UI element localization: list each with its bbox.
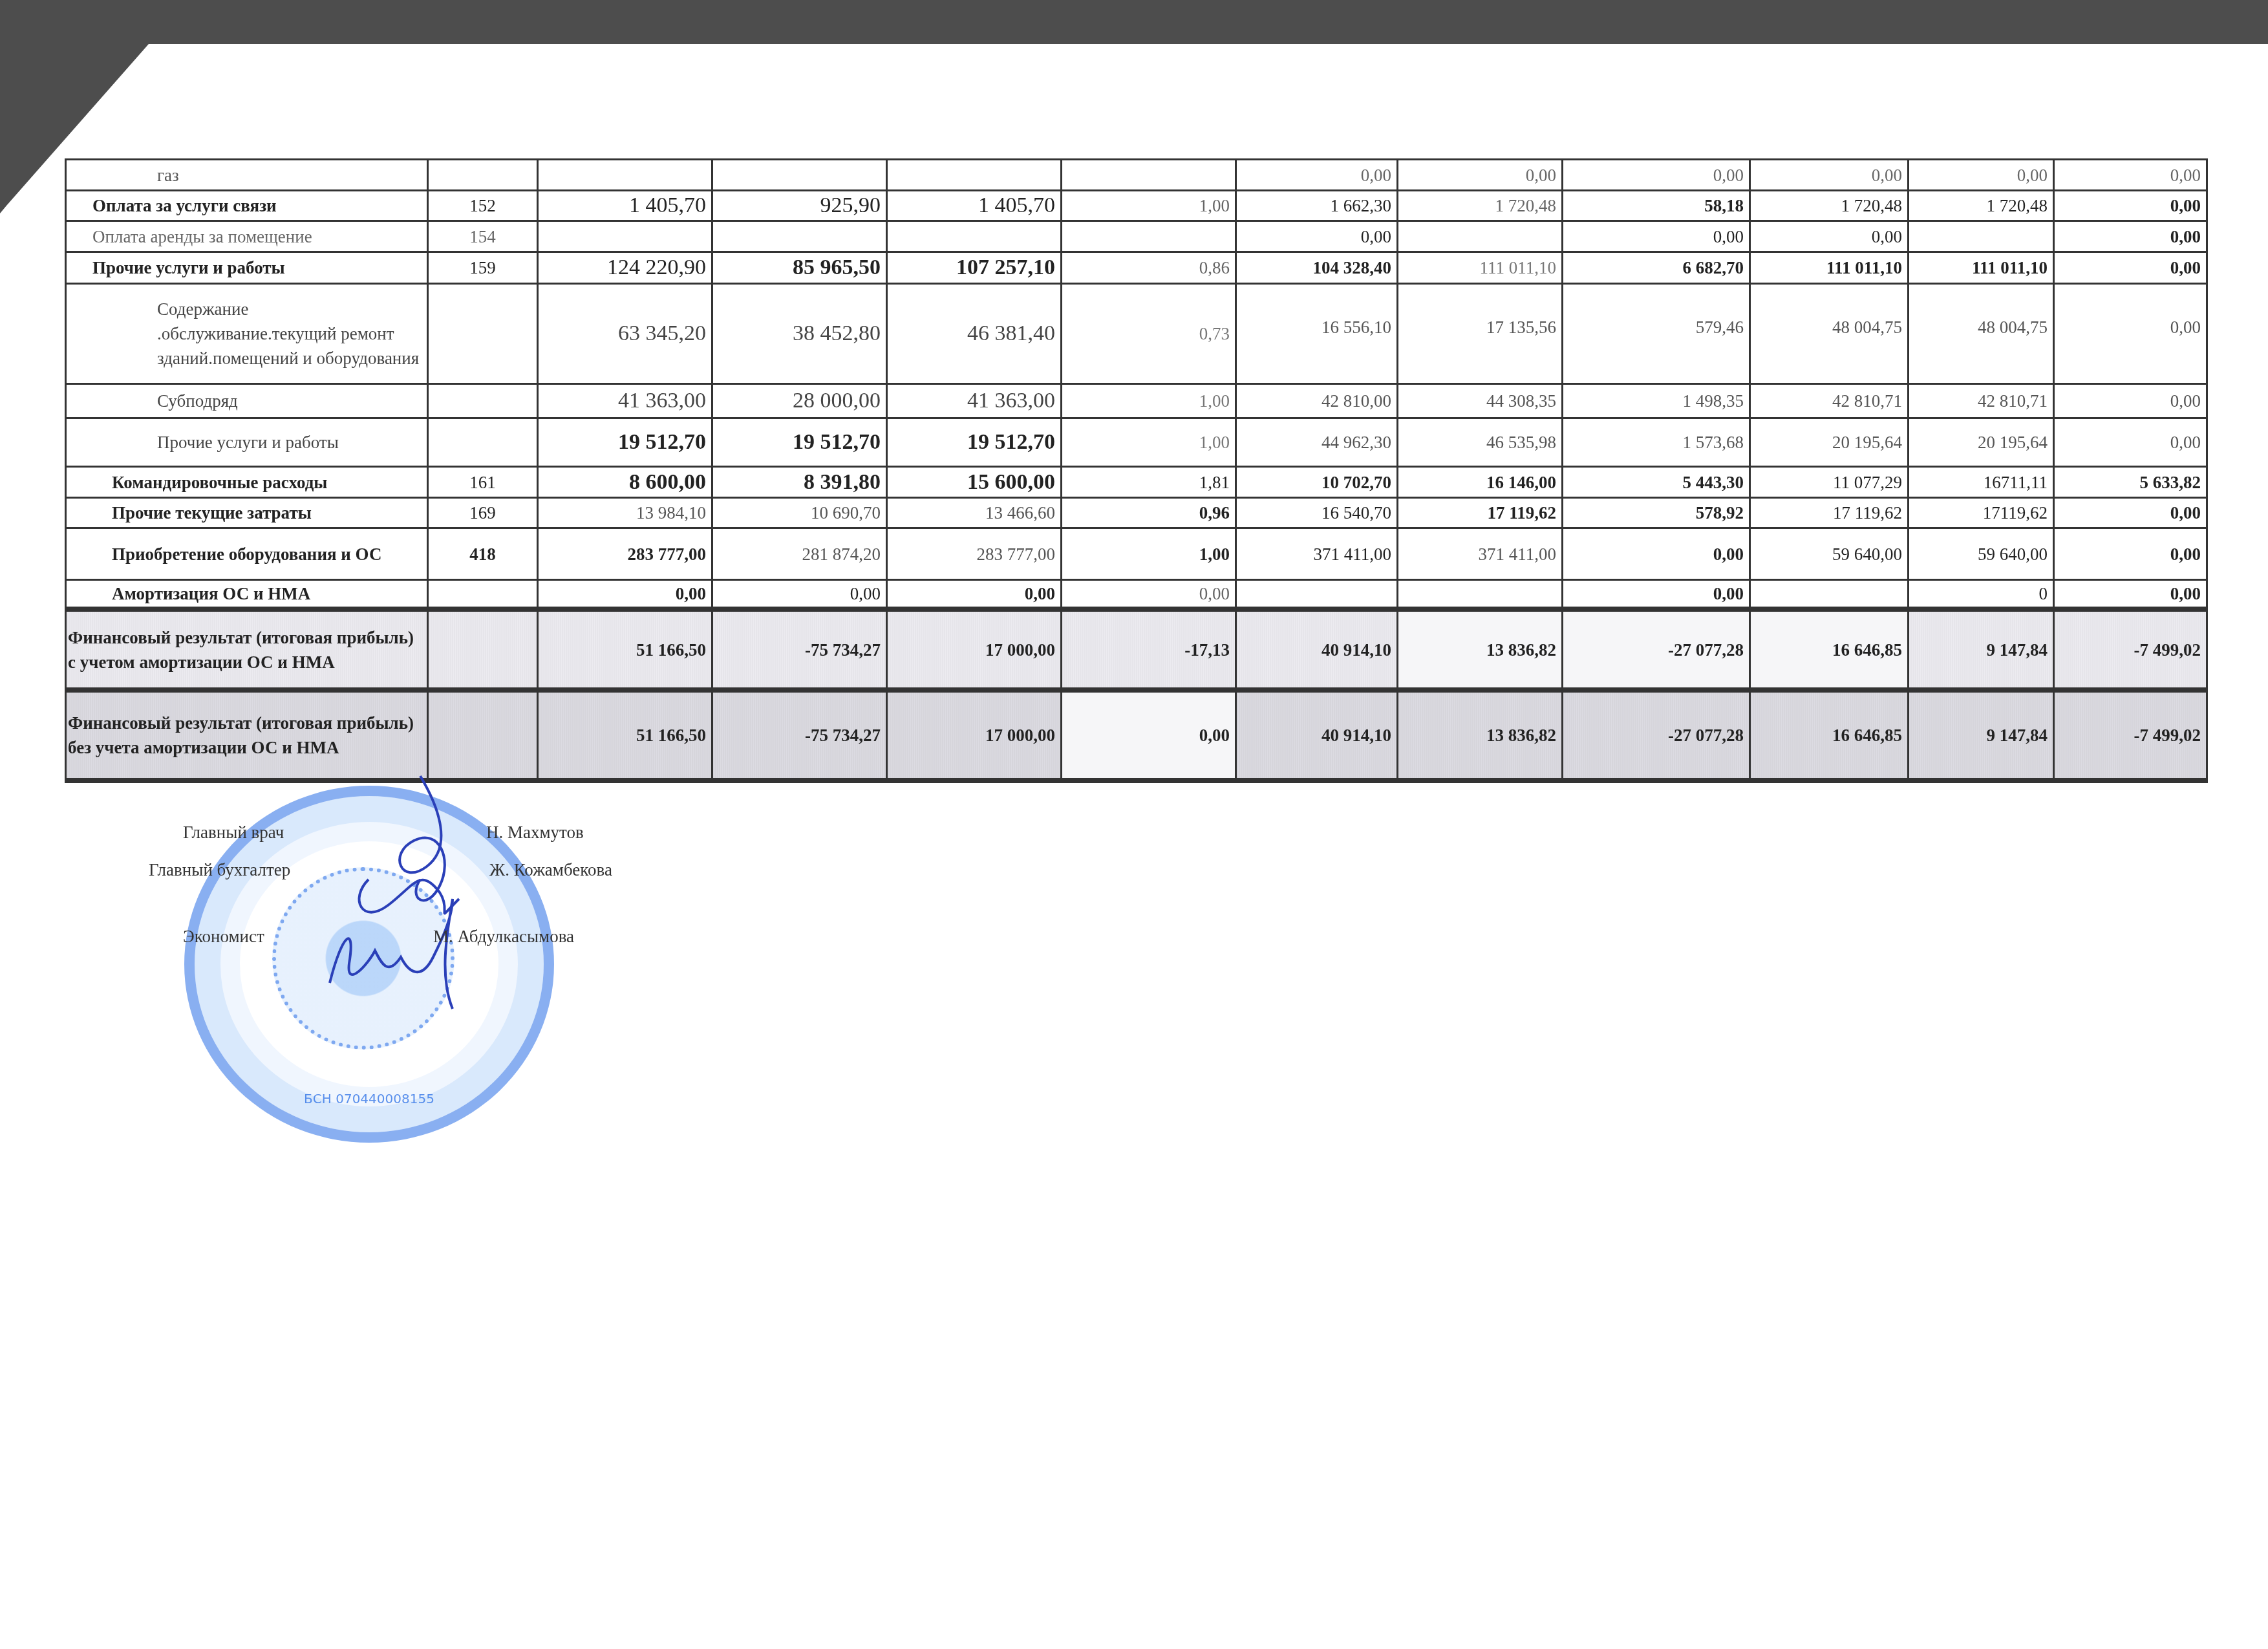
cell: 19 512,70 bbox=[538, 418, 712, 467]
signature-name-chief-accountant: Ж. Кожамбекова bbox=[489, 860, 612, 880]
budget-code: 154 bbox=[428, 221, 538, 252]
cell: 5 633,82 bbox=[2054, 467, 2207, 498]
cell: 1,00 bbox=[1062, 418, 1236, 467]
table-row-communication: Оплата за услуги связи 152 1 405,70 925,… bbox=[66, 191, 2207, 221]
cell: 16711,11 bbox=[1909, 467, 2054, 498]
cell bbox=[1398, 221, 1563, 252]
cell: -27 077,28 bbox=[1563, 690, 1750, 781]
table-row-other-services: Прочие услуги и работы 159 124 220,90 85… bbox=[66, 252, 2207, 284]
budget-code bbox=[428, 609, 538, 690]
cell: 0,00 bbox=[1398, 160, 1563, 191]
cell: 16 646,85 bbox=[1750, 690, 1909, 781]
signature-strokes bbox=[291, 770, 537, 1041]
table-row-gas: газ 0,00 0,00 0,00 0,00 0,00 0,00 bbox=[66, 160, 2207, 191]
cell: 13 984,10 bbox=[538, 498, 712, 528]
cell: 1 405,70 bbox=[538, 191, 712, 221]
cell: -17,13 bbox=[1062, 609, 1236, 690]
cell bbox=[1062, 221, 1236, 252]
cell: 28 000,00 bbox=[712, 384, 887, 418]
row-label: Финансовый результат (итоговая прибыль) … bbox=[66, 609, 428, 690]
cell: 6 682,70 bbox=[1563, 252, 1750, 284]
cell: 41 363,00 bbox=[538, 384, 712, 418]
cell: 48 004,75 bbox=[1909, 284, 2054, 384]
stamp-text: БСН 070440008155 bbox=[195, 1091, 544, 1106]
cell: 0,00 bbox=[1236, 221, 1398, 252]
signature-role-chief-doctor: Главный врач bbox=[183, 823, 284, 843]
cell: 0,00 bbox=[2054, 160, 2207, 191]
cell: 0,00 bbox=[2054, 498, 2207, 528]
cell: 1 720,48 bbox=[1909, 191, 2054, 221]
cell bbox=[1062, 160, 1236, 191]
cell: 59 640,00 bbox=[1750, 528, 1909, 580]
cell: 42 810,71 bbox=[1909, 384, 2054, 418]
cell: 1,81 bbox=[1062, 467, 1236, 498]
row-label: Оплата за услуги связи bbox=[66, 191, 428, 221]
table-row-financial-result-without-depreciation: Финансовый результат (итоговая прибыль) … bbox=[66, 690, 2207, 781]
cell: 9 147,84 bbox=[1909, 690, 2054, 781]
cell: -27 077,28 bbox=[1563, 609, 1750, 690]
cell: 0,96 bbox=[1062, 498, 1236, 528]
cell: 16 540,70 bbox=[1236, 498, 1398, 528]
cell bbox=[712, 221, 887, 252]
cell: 40 914,10 bbox=[1236, 690, 1398, 781]
cell: 19 512,70 bbox=[712, 418, 887, 467]
cell: 0,00 bbox=[1750, 160, 1909, 191]
budget-code bbox=[428, 160, 538, 191]
budget-code: 169 bbox=[428, 498, 538, 528]
table-row-rent: Оплата аренды за помещение 154 0,00 0,00… bbox=[66, 221, 2207, 252]
cell: 51 166,50 bbox=[538, 690, 712, 781]
signature-name-chief-doctor: Н. Махмутов bbox=[486, 823, 584, 843]
cell: 0,00 bbox=[1750, 221, 1909, 252]
cell: 0,00 bbox=[2054, 580, 2207, 610]
table-row-depreciation: Амортизация ОС и НМА 0,00 0,00 0,00 0,00… bbox=[66, 580, 2207, 610]
row-label: Финансовый результат (итоговая прибыль) … bbox=[66, 690, 428, 781]
budget-code: 161 bbox=[428, 467, 538, 498]
row-label: Прочие текущие затраты bbox=[66, 498, 428, 528]
cell: 0,00 bbox=[1062, 690, 1236, 781]
cell: 925,90 bbox=[712, 191, 887, 221]
cell bbox=[1236, 580, 1398, 610]
budget-code bbox=[428, 418, 538, 467]
cell bbox=[712, 160, 887, 191]
cell: 44 308,35 bbox=[1398, 384, 1563, 418]
row-label: Содержание .обслуживание.текущий ремонт … bbox=[66, 284, 428, 384]
cell: 59 640,00 bbox=[1909, 528, 2054, 580]
row-label: Прочие услуги и работы bbox=[66, 418, 428, 467]
cell: 107 257,10 bbox=[887, 252, 1062, 284]
cell: 0,00 bbox=[2054, 384, 2207, 418]
cell: -75 734,27 bbox=[712, 609, 887, 690]
row-label: Командировочные расходы bbox=[66, 467, 428, 498]
cell: 13 466,60 bbox=[887, 498, 1062, 528]
table-row-maintenance: Содержание .обслуживание.текущий ремонт … bbox=[66, 284, 2207, 384]
cell: 0,00 bbox=[2054, 284, 2207, 384]
budget-code bbox=[428, 690, 538, 781]
cell: 20 195,64 bbox=[1750, 418, 1909, 467]
budget-code bbox=[428, 284, 538, 384]
cell: 0 bbox=[1909, 580, 2054, 610]
cell: 46 381,40 bbox=[887, 284, 1062, 384]
cell: 16 146,00 bbox=[1398, 467, 1563, 498]
cell: 16 646,85 bbox=[1750, 609, 1909, 690]
budget-code: 418 bbox=[428, 528, 538, 580]
row-label: Приобретение оборудования и ОС bbox=[66, 528, 428, 580]
cell: 1,00 bbox=[1062, 384, 1236, 418]
cell: 63 345,20 bbox=[538, 284, 712, 384]
cell: 104 328,40 bbox=[1236, 252, 1398, 284]
row-label: Амортизация ОС и НМА bbox=[66, 580, 428, 610]
cell: 58,18 bbox=[1563, 191, 1750, 221]
cell: 0,00 bbox=[2054, 221, 2207, 252]
cell: -7 499,02 bbox=[2054, 690, 2207, 781]
cell: 0,00 bbox=[1563, 221, 1750, 252]
cell bbox=[887, 160, 1062, 191]
cell: 281 874,20 bbox=[712, 528, 887, 580]
budget-execution-table: газ 0,00 0,00 0,00 0,00 0,00 0,00 Оплата… bbox=[65, 158, 2208, 783]
cell: 17 000,00 bbox=[887, 609, 1062, 690]
cell: 20 195,64 bbox=[1909, 418, 2054, 467]
cell: 111 011,10 bbox=[1909, 252, 2054, 284]
cell: 111 011,10 bbox=[1750, 252, 1909, 284]
cell: 283 777,00 bbox=[538, 528, 712, 580]
budget-code bbox=[428, 580, 538, 610]
cell: 44 962,30 bbox=[1236, 418, 1398, 467]
cell: -7 499,02 bbox=[2054, 609, 2207, 690]
cell: 19 512,70 bbox=[887, 418, 1062, 467]
cell bbox=[538, 221, 712, 252]
budget-code: 159 bbox=[428, 252, 538, 284]
cell: 0,00 bbox=[887, 580, 1062, 610]
cell: 124 220,90 bbox=[538, 252, 712, 284]
cell: 1 662,30 bbox=[1236, 191, 1398, 221]
cell: 16 556,10 bbox=[1236, 284, 1398, 384]
table-row-subcontract: Субподряд 41 363,00 28 000,00 41 363,00 … bbox=[66, 384, 2207, 418]
cell: 40 914,10 bbox=[1236, 609, 1398, 690]
budget-code: 152 bbox=[428, 191, 538, 221]
cell: 17119,62 bbox=[1909, 498, 2054, 528]
cell: 46 535,98 bbox=[1398, 418, 1563, 467]
cell: 1,00 bbox=[1062, 528, 1236, 580]
cell bbox=[1750, 580, 1909, 610]
cell: 0,00 bbox=[2054, 252, 2207, 284]
cell: 17 135,56 bbox=[1398, 284, 1563, 384]
row-label: Прочие услуги и работы bbox=[66, 252, 428, 284]
cell: 0,00 bbox=[1909, 160, 2054, 191]
row-label: газ bbox=[66, 160, 428, 191]
cell: 13 836,82 bbox=[1398, 609, 1563, 690]
cell: 10 690,70 bbox=[712, 498, 887, 528]
cell: 41 363,00 bbox=[887, 384, 1062, 418]
cell: 578,92 bbox=[1563, 498, 1750, 528]
cell: 0,00 bbox=[1563, 580, 1750, 610]
signature-role-economist: Экономист bbox=[183, 927, 264, 947]
cell: 10 702,70 bbox=[1236, 467, 1398, 498]
row-label: Субподряд bbox=[66, 384, 428, 418]
cell: 8 391,80 bbox=[712, 467, 887, 498]
signature-role-chief-accountant: Главный бухгалтер bbox=[149, 860, 290, 880]
cell: 9 147,84 bbox=[1909, 609, 2054, 690]
cell: 13 836,82 bbox=[1398, 690, 1563, 781]
cell: 1 720,48 bbox=[1750, 191, 1909, 221]
cell: 38 452,80 bbox=[712, 284, 887, 384]
cell: 0,00 bbox=[2054, 528, 2207, 580]
cell bbox=[887, 221, 1062, 252]
cell: 371 411,00 bbox=[1236, 528, 1398, 580]
cell: 85 965,50 bbox=[712, 252, 887, 284]
cell: 17 119,62 bbox=[1750, 498, 1909, 528]
cell: 8 600,00 bbox=[538, 467, 712, 498]
cell: 1 720,48 bbox=[1398, 191, 1563, 221]
cell: 1 573,68 bbox=[1563, 418, 1750, 467]
cell: 51 166,50 bbox=[538, 609, 712, 690]
cell: 0,00 bbox=[2054, 418, 2207, 467]
cell: 17 000,00 bbox=[887, 690, 1062, 781]
table-row-financial-result-with-depreciation: Финансовый результат (итоговая прибыль) … bbox=[66, 609, 2207, 690]
cell: 0,00 bbox=[712, 580, 887, 610]
cell: 0,00 bbox=[1563, 160, 1750, 191]
budget-code bbox=[428, 384, 538, 418]
cell bbox=[1909, 221, 2054, 252]
table-row-other-services-sub: Прочие услуги и работы 19 512,70 19 512,… bbox=[66, 418, 2207, 467]
cell: 42 810,00 bbox=[1236, 384, 1398, 418]
cell: 5 443,30 bbox=[1563, 467, 1750, 498]
cell: 48 004,75 bbox=[1750, 284, 1909, 384]
cell bbox=[538, 160, 712, 191]
row-label: Оплата аренды за помещение bbox=[66, 221, 428, 252]
cell: 579,46 bbox=[1563, 284, 1750, 384]
table-row-equipment: Приобретение оборудования и ОС 418 283 7… bbox=[66, 528, 2207, 580]
cell: 17 119,62 bbox=[1398, 498, 1563, 528]
cell: 0,86 bbox=[1062, 252, 1236, 284]
cell: 42 810,71 bbox=[1750, 384, 1909, 418]
cell: 1 405,70 bbox=[887, 191, 1062, 221]
cell: 0,00 bbox=[538, 580, 712, 610]
signature-name-economist: М. Абдулкасымова bbox=[433, 927, 574, 947]
cell: 0,00 bbox=[1563, 528, 1750, 580]
table-row-other-current: Прочие текущие затраты 169 13 984,10 10 … bbox=[66, 498, 2207, 528]
cell: 371 411,00 bbox=[1398, 528, 1563, 580]
cell: 283 777,00 bbox=[887, 528, 1062, 580]
cell: 0,00 bbox=[1236, 160, 1398, 191]
cell: -75 734,27 bbox=[712, 690, 887, 781]
cell: 1 498,35 bbox=[1563, 384, 1750, 418]
cell: 1,00 bbox=[1062, 191, 1236, 221]
cell: 11 077,29 bbox=[1750, 467, 1909, 498]
cell: 0,00 bbox=[1062, 580, 1236, 610]
cell: 0,00 bbox=[2054, 191, 2207, 221]
cell: 0,73 bbox=[1062, 284, 1236, 384]
cell bbox=[1398, 580, 1563, 610]
cell: 111 011,10 bbox=[1398, 252, 1563, 284]
cell: 15 600,00 bbox=[887, 467, 1062, 498]
table-row-travel: Командировочные расходы 161 8 600,00 8 3… bbox=[66, 467, 2207, 498]
